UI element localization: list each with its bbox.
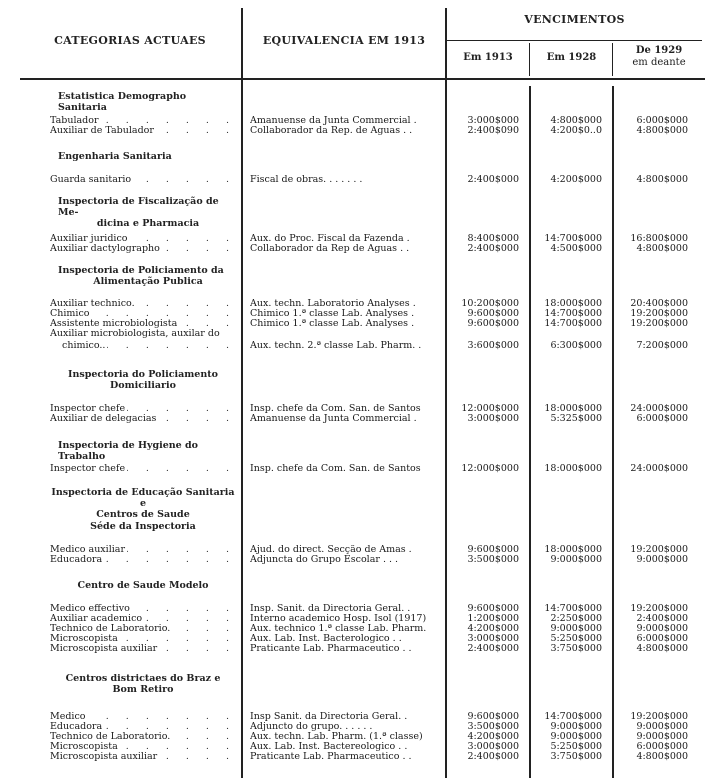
column-divider-4 bbox=[612, 43, 613, 76]
categoria-label: Auxiliar juridico bbox=[50, 234, 129, 244]
categoria-label: chimico.. bbox=[62, 341, 107, 351]
section-heading-line: Estatistica Demographo Sanitaria bbox=[58, 91, 238, 113]
categoria-label: Auxiliar academico bbox=[50, 614, 144, 624]
categoria-label: Technico de Laboratorio. bbox=[50, 624, 172, 634]
vencimento-1928-cell: 6:300$000 bbox=[536, 341, 602, 351]
categoria-cell: . . . . . . . . . . . . . . . . .Assiste… bbox=[50, 319, 236, 329]
section-heading-line: Centro de Saude Modelo bbox=[50, 580, 236, 591]
section-heading-line: Centros districtaes do Braz e bbox=[50, 673, 236, 684]
vencimento-1913-cell: 3:000$000 bbox=[455, 414, 519, 424]
categoria-label: Microscopista auxiliar bbox=[50, 752, 159, 762]
categoria-cell: . . . . . . . . . . . . . . . . .Educado… bbox=[50, 555, 236, 565]
categoria-label: Auxiliar de Tabulador bbox=[50, 126, 156, 136]
column-divider-4b bbox=[612, 86, 614, 778]
vencimento-1913-cell: 3:500$000 bbox=[455, 555, 519, 565]
categoria-cell: . . . . . . . . . . . . . . . . .Tabulad… bbox=[50, 116, 236, 126]
categoria-cell: . . . . . . . . . . . . . . . . .Medico … bbox=[50, 604, 236, 614]
section-heading-line: Alimentação Publica bbox=[58, 276, 238, 287]
vencimentos-subrule bbox=[447, 40, 702, 41]
equivalencia-cell: Fiscal de obras. . . . . . . bbox=[250, 175, 440, 185]
section-heading-line: Engenharia Sanitaria bbox=[58, 151, 238, 162]
categoria-cell: Auxiliar microbiologista, auxilar do bbox=[50, 329, 236, 339]
vencimento-1913-cell: 2:400$090 bbox=[455, 126, 519, 136]
section-heading-line: Inspectoria de Policiamento da bbox=[58, 265, 238, 276]
categoria-label: Guarda sanitario bbox=[50, 175, 133, 185]
vencimento-1928-cell: 3:750$000 bbox=[536, 644, 602, 654]
categoria-label: Microscopista bbox=[50, 634, 120, 644]
document-page: CATEGORIAS ACTUAES EQUIVALENCIA EM 1913 … bbox=[0, 0, 710, 778]
section-heading: Inspectoria do PoliciamentoDomiciliario bbox=[50, 369, 236, 391]
equivalencia-cell: Collaborador da Rep. de Aguas . . bbox=[250, 126, 440, 136]
categoria-cell: . . . . . . . . . . . . . . . . .Inspect… bbox=[50, 404, 236, 414]
categoria-cell: . . . . . . . . . . . . . . . . .Auxilia… bbox=[50, 234, 236, 244]
categoria-label: Chimico bbox=[50, 309, 92, 319]
vencimento-1928-cell: 4:200$0..0 bbox=[536, 126, 602, 136]
section-heading: Centros districtaes do Braz eBom Retiro bbox=[50, 673, 236, 695]
categoria-cell: . . . . . . . . . . . . . . . . .Auxilia… bbox=[50, 299, 236, 309]
vencimento-1913-cell: 12:000$000 bbox=[455, 464, 519, 474]
section-heading-line: Séde da Inspectoria bbox=[50, 521, 236, 532]
vencimento-1913-cell: 2:400$000 bbox=[455, 752, 519, 762]
vencimento-1929-cell: 4:800$000 bbox=[620, 752, 688, 762]
section-heading: Engenharia Sanitaria bbox=[50, 151, 238, 162]
section-heading-line: Inspectoria de Educação Sanitaria e bbox=[50, 487, 236, 509]
categoria-cell: . . . . . . . . . . . . . . . . .Technic… bbox=[50, 624, 236, 634]
header-categorias: CATEGORIAS ACTUAES bbox=[20, 34, 240, 47]
categoria-label: Auxiliar technico. bbox=[50, 299, 137, 309]
equivalencia-cell: Amanuense da Junta Commercial . bbox=[250, 414, 440, 424]
vencimento-1929-cell: 7:200$000 bbox=[620, 341, 688, 351]
categoria-label: Auxiliar de delegacias bbox=[50, 414, 158, 424]
section-heading: Centro de Saude Modelo bbox=[50, 580, 236, 591]
section-heading: Inspectoria de Policiamento daAlimentaçã… bbox=[50, 265, 238, 287]
vencimento-1929-cell: 9:000$000 bbox=[620, 555, 688, 565]
vencimento-1929-cell: 24:000$000 bbox=[620, 464, 688, 474]
header-em-1913: Em 1913 bbox=[447, 52, 529, 64]
categoria-cell: . . . . . . . . . . . . . . . . .chimico… bbox=[62, 341, 236, 351]
equivalencia-cell: Adjuncta do Grupo Escolar . . . bbox=[250, 555, 440, 565]
categoria-label: Microscopista auxiliar bbox=[50, 644, 159, 654]
equivalencia-cell: Aux. techn. Laboratorio Analyses . bbox=[250, 299, 440, 309]
categoria-label: Educadora bbox=[50, 555, 104, 565]
categoria-cell: . . . . . . . . . . . . . . . . .Chimico bbox=[50, 309, 236, 319]
categoria-label: Technico de Laboratorio. bbox=[50, 732, 172, 742]
equivalencia-cell: Aux. Lab. Inst. Bactereologico . . bbox=[250, 742, 440, 752]
vencimento-1929-cell: 19:200$000 bbox=[620, 319, 688, 329]
categoria-label: Medico effectivo bbox=[50, 604, 132, 614]
vencimento-1928-cell: 4:500$000 bbox=[536, 244, 602, 254]
vencimento-1929-cell: 4:800$000 bbox=[620, 644, 688, 654]
categoria-label: Medico auxiliar bbox=[50, 545, 127, 555]
vencimento-1929-cell: 4:800$000 bbox=[620, 175, 688, 185]
vencimento-1929-cell: 4:800$000 bbox=[620, 126, 688, 136]
equivalencia-cell: Insp Sanit. da Directoria Geral. . bbox=[250, 712, 440, 722]
vencimento-1913-cell: 2:400$000 bbox=[455, 244, 519, 254]
categoria-cell: . . . . . . . . . . . . . . . . .Guarda … bbox=[50, 175, 236, 185]
header-de-1929: De 1929 em deante bbox=[614, 45, 704, 69]
equivalencia-cell: Aux. do Proc. Fiscal da Fazenda . bbox=[250, 234, 440, 244]
section-heading: Séde da Inspectoria bbox=[50, 521, 236, 532]
vencimento-1928-cell: 4:200$000 bbox=[536, 175, 602, 185]
section-heading-line: Inspectoria de Hygiene do Trabalho bbox=[58, 440, 238, 462]
section-heading-line: Inspectoria de Fiscalização de Me- bbox=[58, 196, 238, 218]
equivalencia-cell: Collaborador da Rep de Aguas . . bbox=[250, 244, 440, 254]
column-divider-3b bbox=[529, 86, 531, 778]
column-divider-2 bbox=[445, 8, 447, 778]
header-bottom-rule bbox=[20, 78, 705, 80]
header-em-1928: Em 1928 bbox=[531, 52, 612, 64]
categoria-cell: . . . . . . . . . . . . . . . . .Microsc… bbox=[50, 644, 236, 654]
vencimento-1913-cell: 2:400$000 bbox=[455, 644, 519, 654]
categoria-cell: . . . . . . . . . . . . . . . . .Microsc… bbox=[50, 634, 236, 644]
categoria-cell: . . . . . . . . . . . . . . . . .Inspect… bbox=[50, 464, 236, 474]
categoria-cell: . . . . . . . . . . . . . . . . .Auxilia… bbox=[50, 414, 236, 424]
categoria-label: Inspector chefe bbox=[50, 464, 127, 474]
categoria-label: Inspector chefe bbox=[50, 404, 127, 414]
categoria-cell: . . . . . . . . . . . . . . . . .Technic… bbox=[50, 732, 236, 742]
categoria-cell: . . . . . . . . . . . . . . . . .Medico … bbox=[50, 545, 236, 555]
equivalencia-cell: Praticante Lab. Pharmaceutico . . bbox=[250, 752, 440, 762]
categoria-label: Microscopista bbox=[50, 742, 120, 752]
categoria-cell: . . . . . . . . . . . . . . . . .Microsc… bbox=[50, 752, 236, 762]
equivalencia-cell: Insp. Sanit. da Directoria Geral. . bbox=[250, 604, 440, 614]
equivalencia-cell: Chimico 1.ª classe Lab. Analyses . bbox=[250, 319, 440, 329]
column-divider-1 bbox=[241, 8, 243, 778]
equivalencia-cell: Aux. technico 1.ª classe Lab. Pharm. bbox=[250, 624, 440, 634]
header-equivalencia: EQUIVALENCIA EM 1913 bbox=[243, 34, 445, 47]
section-heading-line: Bom Retiro bbox=[50, 684, 236, 695]
categoria-label: Auxiliar microbiologista, auxilar do bbox=[50, 329, 222, 339]
column-divider-3 bbox=[529, 43, 530, 76]
vencimento-1928-cell: 18:000$000 bbox=[536, 464, 602, 474]
equivalencia-cell: Chimico 1.ª classe Lab. Analyses . bbox=[250, 309, 440, 319]
categoria-label: Tabulador bbox=[50, 116, 101, 126]
vencimento-1928-cell: 9:000$000 bbox=[536, 555, 602, 565]
categoria-cell: . . . . . . . . . . . . . . . . .Medico bbox=[50, 712, 236, 722]
equivalencia-cell: Praticante Lab. Pharmaceutico . . bbox=[250, 644, 440, 654]
categoria-label: Medico bbox=[50, 712, 88, 722]
vencimento-1928-cell: 14:700$000 bbox=[536, 319, 602, 329]
categoria-label: Assistente microbiologista bbox=[50, 319, 179, 329]
categoria-label: Auxiliar dactylographo bbox=[50, 244, 162, 254]
equivalencia-cell: Interno academico Hosp. Isol (1917) bbox=[250, 614, 440, 624]
categoria-label: Educadora bbox=[50, 722, 104, 732]
header-vencimentos: VENCIMENTOS bbox=[447, 13, 702, 26]
categoria-cell: . . . . . . . . . . . . . . . . .Educado… bbox=[50, 722, 236, 732]
equivalencia-cell: Insp. chefe da Com. San. de Santos bbox=[250, 464, 440, 474]
vencimento-1929-cell: 6:000$000 bbox=[620, 414, 688, 424]
equivalencia-cell: Aux. Lab. Inst. Bacterologico . . bbox=[250, 634, 440, 644]
vencimento-1928-cell: 3:750$000 bbox=[536, 752, 602, 762]
categoria-cell: . . . . . . . . . . . . . . . . .Auxilia… bbox=[50, 614, 236, 624]
categoria-cell: . . . . . . . . . . . . . . . . .Microsc… bbox=[50, 742, 236, 752]
section-heading: Estatistica Demographo Sanitaria bbox=[50, 91, 238, 113]
section-heading: Inspectoria de Educação Sanitaria eCentr… bbox=[50, 487, 236, 520]
equivalencia-cell: Adjuncto do grupo. . . . . . bbox=[250, 722, 440, 732]
section-heading: Inspectoria de Hygiene do Trabalho bbox=[50, 440, 238, 462]
section-heading-line: Centros de Saude bbox=[50, 509, 236, 520]
vencimento-1913-cell: 2:400$000 bbox=[455, 175, 519, 185]
section-heading-line: Domiciliario bbox=[50, 380, 236, 391]
header-de-1929-line2: em deante bbox=[614, 57, 704, 69]
equivalencia-cell: Aux. techn. 2.ª classe Lab. Pharm. . bbox=[250, 341, 440, 351]
equivalencia-cell: Insp. chefe da Com. San. de Santos bbox=[250, 404, 440, 414]
equivalencia-cell: Amanuense da Junta Commercial . bbox=[250, 116, 440, 126]
categoria-cell: . . . . . . . . . . . . . . . . .Auxilia… bbox=[50, 126, 236, 136]
categoria-cell: . . . . . . . . . . . . . . . . .Auxilia… bbox=[50, 244, 236, 254]
vencimento-1913-cell: 9:600$000 bbox=[455, 319, 519, 329]
vencimento-1913-cell: 3:600$000 bbox=[455, 341, 519, 351]
section-heading-line: Inspectoria do Policiamento bbox=[50, 369, 236, 380]
header-de-1929-line1: De 1929 bbox=[614, 45, 704, 57]
equivalencia-cell: Ajud. do direct. Secção de Amas . bbox=[250, 545, 440, 555]
section-heading: Inspectoria de Fiscalização de Me-dicina… bbox=[50, 196, 238, 229]
section-heading-line: dicina e Pharmacia bbox=[58, 218, 238, 229]
equivalencia-cell: Aux. techn. Lab. Pharm. (1.ª classe) bbox=[250, 732, 440, 742]
vencimento-1929-cell: 4:800$000 bbox=[620, 244, 688, 254]
vencimento-1928-cell: 5:325$000 bbox=[536, 414, 602, 424]
